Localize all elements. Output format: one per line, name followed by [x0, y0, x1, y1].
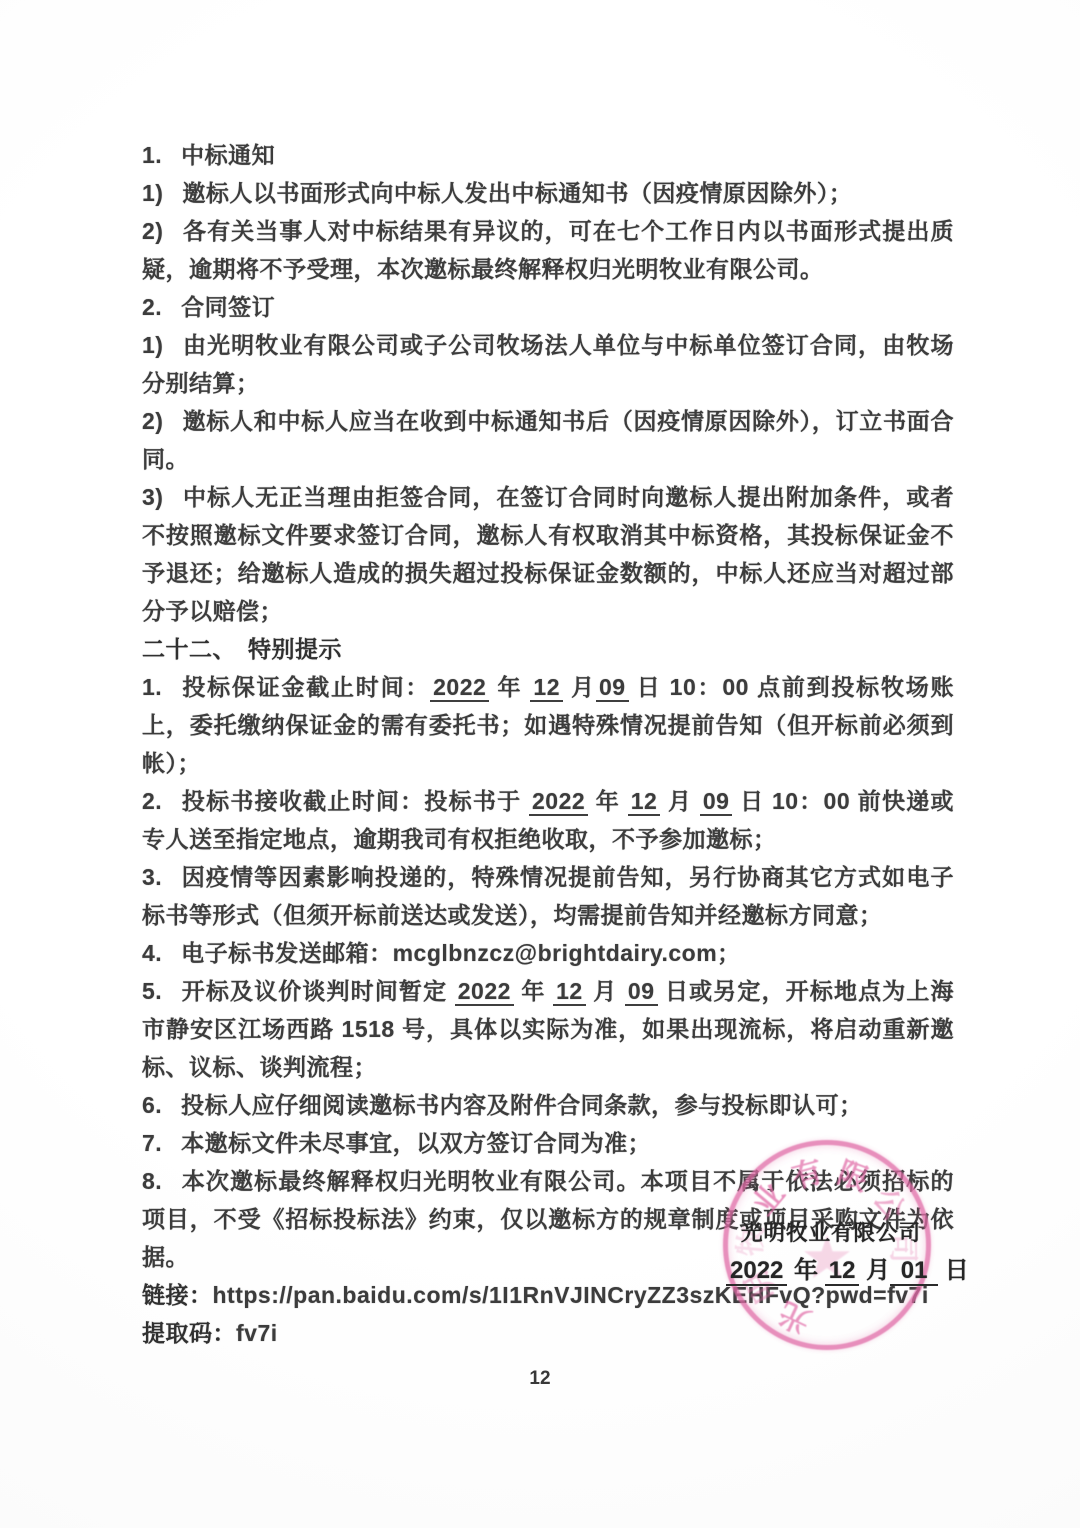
text-segment: 5. 开标及议价谈判时间暂定	[142, 978, 455, 1004]
text-segment: 日	[938, 1257, 969, 1284]
text-segment: 12	[530, 674, 563, 702]
text-segment: 1. 投标保证金截止时间：	[142, 674, 430, 700]
text-segment: 3. 因疫情等因素影响投递的，特殊情况提前告知，另行协商其它方式如电子标书等形式…	[142, 864, 954, 928]
section-heading-special-notes: 二十二、 特别提示	[142, 630, 954, 668]
text-segment: 二十二、 特别提示	[142, 636, 342, 662]
text-segment: 2022	[430, 674, 489, 702]
signature-date: 2022 年 12 月 01 日	[726, 1250, 936, 1292]
text-segment: 2022	[726, 1257, 787, 1286]
note-2-bid-receive-deadline: 2. 投标书接收截止时间：投标书于 2022 年 12 月 09 日 10：00…	[142, 782, 954, 858]
item-contract-3: 3) 中标人无正当理由拒签合同，在签订合同时向邀标人提出附加条件，或者不按照邀标…	[142, 478, 954, 630]
note-4-email: 4. 电子标书发送邮箱：mcglbnzcz@brightdairy.com；	[142, 934, 954, 972]
text-segment: 09	[596, 674, 629, 702]
text-segment: 2022	[529, 788, 588, 816]
text-segment: 1) 由光明牧业有限公司或子公司牧场法人单位与中标单位签订合同，由牧场分别结算；	[142, 332, 954, 396]
text-segment: 4. 电子标书发送邮箱：mcglbnzcz@brightdairy.com；	[142, 940, 741, 966]
text-segment: 年	[514, 978, 553, 1004]
text-segment: 月	[660, 788, 700, 814]
note-3-epidemic: 3. 因疫情等因素影响投递的，特殊情况提前告知，另行协商其它方式如电子标书等形式…	[142, 858, 954, 934]
text-segment: 7. 本邀标文件未尽事宜，以双方签订合同为准；	[142, 1130, 651, 1156]
text-segment: 提取码：	[142, 1320, 236, 1346]
text-segment: 2) 各有关当事人对中标结果有异议的，可在七个工作日内以书面形式提出质疑，逾期将…	[142, 218, 954, 282]
text-segment: 年	[588, 788, 628, 814]
text-segment: 12	[825, 1257, 860, 1286]
item-contract-1: 1) 由光明牧业有限公司或子公司牧场法人单位与中标单位签订合同，由牧场分别结算；	[142, 326, 954, 402]
text-segment: 12	[628, 788, 661, 816]
text-segment: 3) 中标人无正当理由拒签合同，在签订合同时向邀标人提出附加条件，或者不按照邀标…	[142, 484, 954, 624]
text-segment: 月	[859, 1257, 890, 1284]
note-1-deposit-deadline: 1. 投标保证金截止时间：2022 年 12 月09 日 10：00 点前到投标…	[142, 668, 954, 782]
text-segment: 月	[563, 674, 596, 700]
item-award-notice-2: 2) 各有关当事人对中标结果有异议的，可在七个工作日内以书面形式提出质疑，逾期将…	[142, 212, 954, 288]
page-number: 12	[0, 1368, 1080, 1390]
text-segment: fv7i	[236, 1320, 278, 1346]
text-segment: 6. 投标人应仔细阅读邀标书内容及附件合同条款，参与投标即认可；	[142, 1092, 863, 1118]
text-segment: 2. 投标书接收截止时间：投标书于	[142, 788, 529, 814]
signature-block: 光明牧业有限公司 2022 年 12 月 01 日	[726, 1216, 936, 1292]
scanned-document-page: 1. 中标通知1) 邀标人以书面形式向中标人发出中标通知书（因疫情原因除外）；2…	[0, 0, 1080, 1528]
item-award-notice-title: 1. 中标通知	[142, 136, 954, 174]
text-segment: 01	[890, 1257, 938, 1286]
text-segment: 09	[625, 978, 658, 1006]
text-segment: 2. 合同签订	[142, 294, 275, 320]
company-name: 光明牧业有限公司	[726, 1216, 936, 1250]
text-segment: 年	[787, 1257, 824, 1284]
note-6-read-carefully: 6. 投标人应仔细阅读邀标书内容及附件合同条款，参与投标即认可；	[142, 1086, 954, 1124]
note-5-bid-opening: 5. 开标及议价谈判时间暂定 2022 年 12 月 09 日或另定，开标地点为…	[142, 972, 954, 1086]
item-award-notice-1: 1) 邀标人以书面形式向中标人发出中标通知书（因疫情原因除外）；	[142, 174, 954, 212]
text-segment: 09	[700, 788, 733, 816]
item-contract-signing-title: 2. 合同签订	[142, 288, 954, 326]
text-segment: 12	[553, 978, 586, 1006]
text-segment: 链接：	[142, 1282, 213, 1308]
text-segment: 2) 邀标人和中标人应当在收到中标通知书后（因疫情原因除外），订立书面合同。	[142, 408, 954, 472]
text-segment: 1. 中标通知	[142, 142, 275, 168]
text-segment: 1) 邀标人以书面形式向中标人发出中标通知书（因疫情原因除外）；	[142, 180, 852, 206]
item-contract-2: 2) 邀标人和中标人应当在收到中标通知书后（因疫情原因除外），订立书面合同。	[142, 402, 954, 478]
text-segment: 年	[489, 674, 530, 700]
text-segment: 月	[586, 978, 625, 1004]
text-segment: 2022	[455, 978, 514, 1006]
